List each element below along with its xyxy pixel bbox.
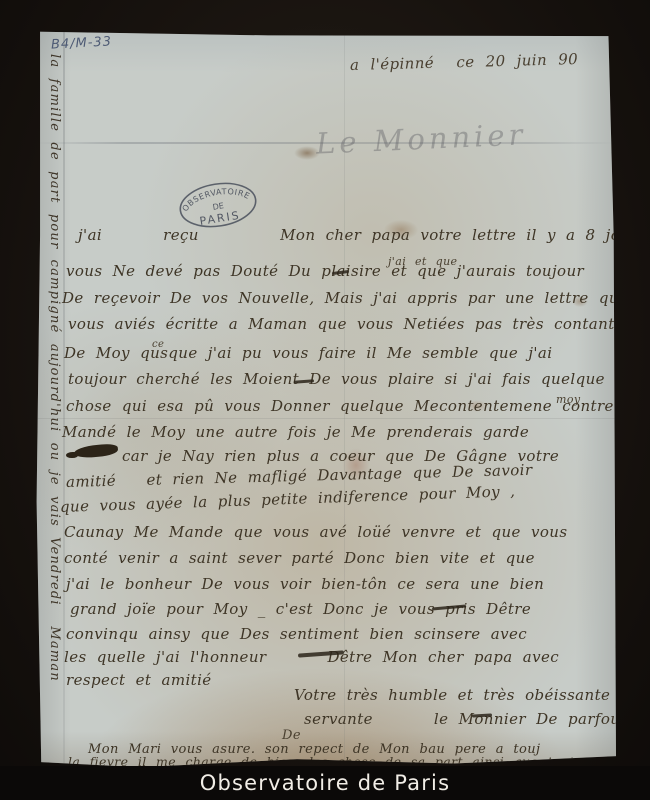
horizontal-fold-crease (36, 418, 616, 419)
letter-line: De reçevoir De vos Nouvelle, Mais j'ai a… (62, 291, 628, 306)
margin-note: la famille de part pour campigné aujourd… (47, 54, 62, 760)
letter-line: Caunay Me Mande que vous avé loüé venvre… (64, 525, 567, 540)
caption-band: Observatoire de Paris (0, 766, 650, 800)
letter-line: De Moy qusque j'ai pu vous faire il Me s… (64, 346, 552, 361)
ink-blot (74, 443, 119, 459)
letter-sheet: B4/M-33 Le Monnier a l'épinné ce 20 juin… (36, 28, 616, 768)
letter-line: vous aviés écritte a Maman que vous Neti… (68, 317, 624, 332)
letter-line: convinqu ainsy que Des sentiment bien sc… (66, 627, 527, 642)
letter-line: chose qui esa pû vous Donner quelque Mec… (66, 399, 614, 414)
letter-line: Mandé le Moy une autre fois je Me prende… (62, 425, 529, 440)
letter-line: respect et amitié (66, 673, 212, 688)
letter-line: toujour cherché les Moient De vous plair… (68, 372, 605, 387)
dateline: a l'épinné ce 20 juin 90 (350, 52, 578, 73)
letter-line: j'ai le bonheur De vous voir bien-tôn ce… (66, 577, 544, 592)
signature-line: servante le Monnier De parfouru (304, 712, 638, 727)
caption-label: Observatoire de Paris (200, 771, 450, 795)
archive-reference: B4/M-33 (51, 34, 113, 52)
letter-line: vous Ne devé pas Douté Du plaisire et qu… (66, 264, 584, 279)
letter-line: j'ai reçu Mon cher papa votre lettre il … (78, 228, 646, 243)
closing-line: Votre très humble et très obéissante (294, 688, 610, 703)
ink-blot (66, 452, 78, 458)
letter-line: conté venir a saint sever parté Donc bie… (64, 551, 535, 566)
pencil-inscription: Le Monnier (315, 117, 527, 160)
ink-flourish: De (282, 729, 301, 742)
photo-background: B4/M-33 Le Monnier a l'épinné ce 20 juin… (0, 0, 650, 800)
